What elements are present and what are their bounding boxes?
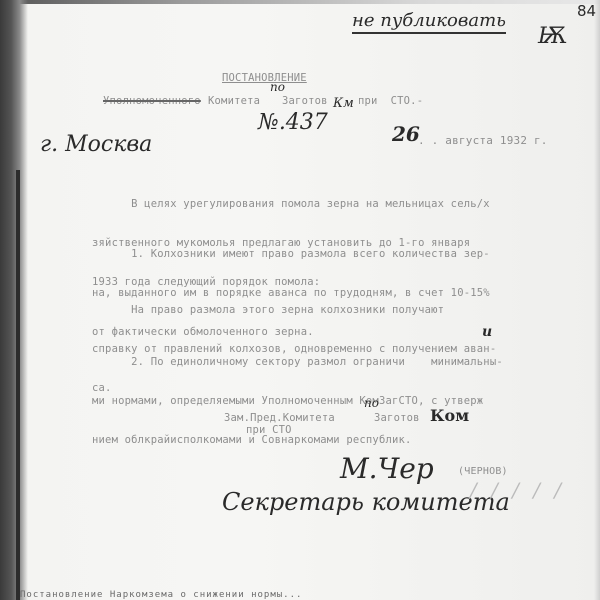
document-page: не публиковать 84 Ѭ ПОСТАНОВЛЕНИЕ Уполно… bbox=[0, 0, 600, 600]
handwritten-initials: Ѭ bbox=[538, 24, 568, 49]
body-item-2-line: нием облкрайисполкомами и Совнаркомами р… bbox=[92, 434, 503, 447]
handwritten-city: г. Москва bbox=[40, 132, 152, 157]
scan-right-edge bbox=[594, 0, 600, 600]
handwritten-note-do-not-publish: не публиковать bbox=[352, 10, 506, 34]
binding-line bbox=[16, 170, 20, 600]
signature-chernov: М.Чер bbox=[340, 452, 434, 485]
document-title: ПОСТАНОВЛЕНИЕ bbox=[222, 72, 307, 84]
signature-sto: при СТО bbox=[246, 424, 292, 436]
scan-top-edge bbox=[0, 0, 600, 4]
body-item-2-line: 2. По единоличному сектору размол ограни… bbox=[92, 356, 503, 369]
footer-cut-text: Постановление Наркомзема о снижении норм… bbox=[20, 590, 600, 600]
handwritten-insert-km: Км bbox=[333, 96, 354, 111]
document-date: . . августа 1932 г. bbox=[418, 134, 548, 147]
binding-shadow bbox=[0, 0, 28, 600]
handwritten-insert-po: по bbox=[270, 80, 285, 94]
body-item-1b-line: На право размола этого зерна колхозники … bbox=[92, 304, 496, 317]
issuer-sto: при СТО.- bbox=[358, 95, 423, 107]
handwritten-insert-po-signature: по bbox=[364, 396, 379, 410]
issuer-committee: Комитета bbox=[208, 95, 260, 107]
issuer-procurement: Заготов bbox=[282, 95, 328, 107]
signatory-name: (ЧЕРНОВ) bbox=[458, 466, 508, 477]
body-intro-line: В целях урегулирования помола зерна на м… bbox=[92, 198, 490, 211]
page-number: 84 bbox=[577, 2, 596, 20]
signature-procurement: Заготов bbox=[374, 412, 420, 424]
handwritten-insert-kom: Ком bbox=[430, 406, 469, 425]
handwritten-secretary: Секретарь комитета bbox=[222, 488, 510, 516]
signature-title: Зам.Пред.Комитета bbox=[224, 412, 335, 424]
faint-scribble: / / / / / bbox=[470, 478, 565, 502]
document-number: №.437 bbox=[258, 110, 328, 135]
struck-issuer-word: Уполномоченного bbox=[103, 95, 201, 107]
handwritten-insert-i: и bbox=[482, 324, 492, 340]
body-item-1-line: 1. Колхозники имеют право размола всего … bbox=[92, 248, 490, 261]
handwritten-day: 26 bbox=[392, 122, 420, 146]
body-item-2: 2. По единоличному сектору размол ограни… bbox=[92, 330, 503, 473]
